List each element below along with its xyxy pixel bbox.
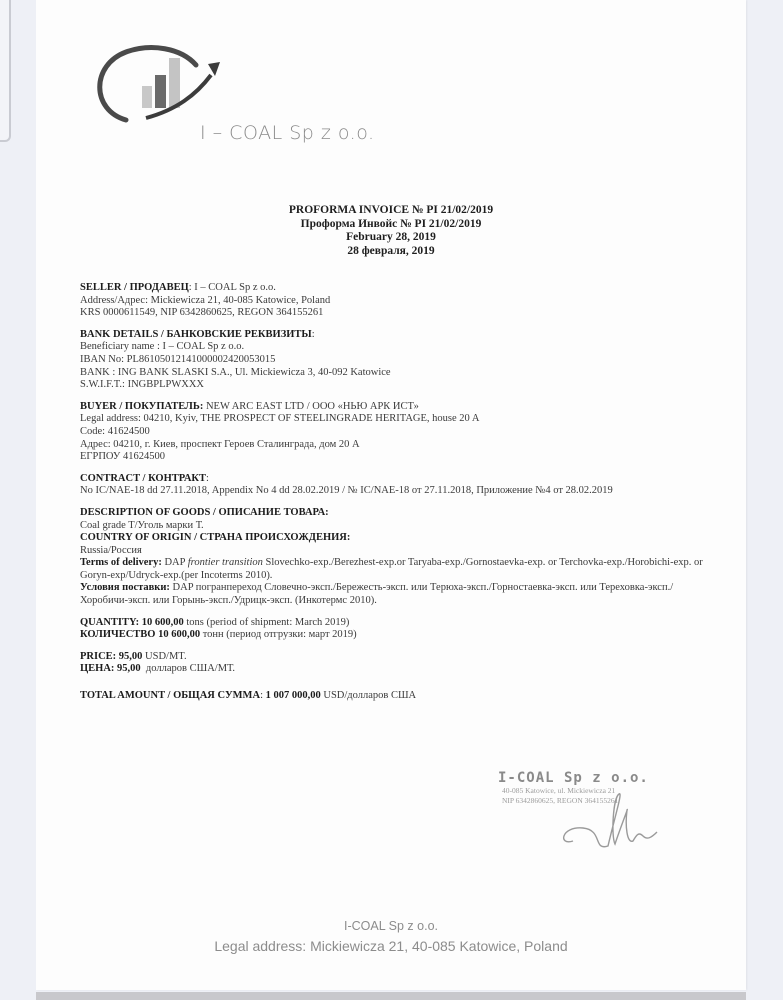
price-text: USD/MT. [142, 651, 186, 662]
delivery-frontier: frontier transition [188, 557, 263, 568]
company-logo-icon [86, 40, 226, 130]
invoice-title-ru: Проформа Инвойс № PI 21/02/2019 [36, 218, 746, 232]
footer-company: I-COAL Sp z o.o. [36, 916, 746, 936]
buyer-value: NEW ARC EAST LTD / ООО «НЬЮ АРК ИСТ» [203, 401, 419, 412]
contract-colon: : [206, 473, 209, 484]
previous-page-edge [0, 0, 11, 142]
invoice-page: I – COAL Sp z o.o. PROFORMA INVOICE № PI… [36, 0, 746, 990]
goods-label: DESCRIPTION OF GOODS / ОПИСАНИЕ ТОВАРА: [80, 507, 329, 518]
bank-section: BANK DETAILS / БАНКОВСКИЕ РЕКВИЗИТЫ: Ben… [80, 329, 720, 392]
contract-label: CONTRACT / КОНТРАКТ [80, 473, 206, 484]
delivery-terms-ru-text: DAP погранпереход Словечно-эксп./Бережес… [80, 582, 673, 606]
invoice-body: SELLER / ПРОДАВЕЦ: I – COAL Sp z o.o. Ad… [80, 282, 720, 712]
bank-name: BANK : ING BANK SLASKI S.A., Ul. Mickiew… [80, 367, 720, 380]
total-section: TOTAL AMOUNT / ОБЩАЯ СУММА: 1 007 000,00… [80, 690, 720, 703]
origin-label: COUNTRY OF ORIGIN / СТРАНА ПРОИСХОЖДЕНИЯ… [80, 532, 350, 543]
seller-address: Address/Адрес: Mickiewicza 21, 40-085 Ka… [80, 295, 720, 308]
company-logo-text: I – COAL Sp z o.o. [200, 122, 375, 144]
quantity-section: QUANTITY: 10 600,00 tons (period of ship… [80, 617, 720, 642]
company-stamp: I-COAL Sp z o.o. 40-085 Katowice, ul. Mi… [498, 770, 698, 860]
quantity-label-ru: КОЛИЧЕСТВО 10 600,00 [80, 629, 200, 640]
delivery-section: Terms of delivery: DAP frontier transiti… [80, 557, 720, 607]
signature-icon [553, 786, 663, 856]
seller-label: SELLER / ПРОДАВЕЦ [80, 282, 189, 293]
buyer-legal-address: Legal address: 04210, Kyiv, THE PROSPECT… [80, 413, 720, 426]
buyer-code: Code: 41624500 [80, 426, 720, 439]
seller-section: SELLER / ПРОДАВЕЦ: I – COAL Sp z o.o. Ad… [80, 282, 720, 320]
buyer-label: BUYER / ПОКУПАТЕЛЬ: [80, 401, 203, 412]
quantity-label: QUANTITY: 10 600,00 [80, 617, 184, 628]
delivery-terms-label: Terms of delivery: [80, 557, 162, 568]
price-label: PRICE: 95,00 [80, 651, 142, 662]
quantity-text: tons (period of shipment: March 2019) [184, 617, 350, 628]
invoice-title-en: PROFORMA INVOICE № PI 21/02/2019 [36, 204, 746, 218]
total-amount: 1 007 000,00 [263, 690, 321, 701]
price-text-ru: долларов США/МТ. [141, 663, 235, 674]
total-currency: USD/долларов США [321, 690, 416, 701]
bank-beneficiary: Beneficiary name : I – COAL Sp z o.o. [80, 341, 720, 354]
origin-value: Russia/Россия [80, 545, 720, 558]
buyer-address-ru: Адрес: 04210, г. Киев, проспект Героев С… [80, 439, 720, 452]
goods-value: Coal grade T/Уголь марки Т. [80, 520, 720, 533]
next-page-edge [36, 992, 746, 1000]
footer-address: Legal address: Mickiewicza 21, 40-085 Ka… [36, 936, 746, 956]
goods-section: DESCRIPTION OF GOODS / ОПИСАНИЕ ТОВАРА: … [80, 507, 720, 557]
contract-text: No IC/NAE-18 dd 27.11.2018, Appendix No … [80, 485, 710, 498]
page-footer: I-COAL Sp z o.o. Legal address: Mickiewi… [36, 916, 746, 956]
buyer-edrpou: ЕГРПОУ 41624500 [80, 451, 720, 464]
seller-value: : I – COAL Sp z o.o. [189, 282, 276, 293]
buyer-section: BUYER / ПОКУПАТЕЛЬ: NEW ARC EAST LTD / О… [80, 401, 720, 464]
bank-iban: IBAN No: PL86105012141000002420053015 [80, 354, 720, 367]
seller-registry: KRS 0000611549, NIP 6342860625, REGON 36… [80, 307, 720, 320]
quantity-text-ru: тонн (период отгрузки: март 2019) [200, 629, 357, 640]
total-label: TOTAL AMOUNT / ОБЩАЯ СУММА [80, 690, 260, 701]
bank-colon: : [312, 329, 315, 340]
price-section: PRICE: 95,00 USD/MT. ЦЕНА: 95,00 долларо… [80, 651, 720, 676]
bank-label: BANK DETAILS / БАНКОВСКИЕ РЕКВИЗИТЫ [80, 329, 312, 340]
contract-section: CONTRACT / КОНТРАКТ: No IC/NAE-18 dd 27.… [80, 473, 720, 498]
delivery-dap: DAP [162, 557, 188, 568]
invoice-title: PROFORMA INVOICE № PI 21/02/2019 Проформ… [36, 204, 746, 258]
invoice-date-ru: 28 февраля, 2019 [36, 245, 746, 259]
price-label-ru: ЦЕНА: 95,00 [80, 663, 141, 674]
invoice-date-en: February 28, 2019 [36, 231, 746, 245]
delivery-terms-ru-label: Условия поставки: [80, 582, 170, 593]
bank-swift: S.W.I.F.T.: INGBPLPWXXX [80, 379, 720, 392]
stamp-company-name: I-COAL Sp z o.o. [498, 770, 698, 786]
